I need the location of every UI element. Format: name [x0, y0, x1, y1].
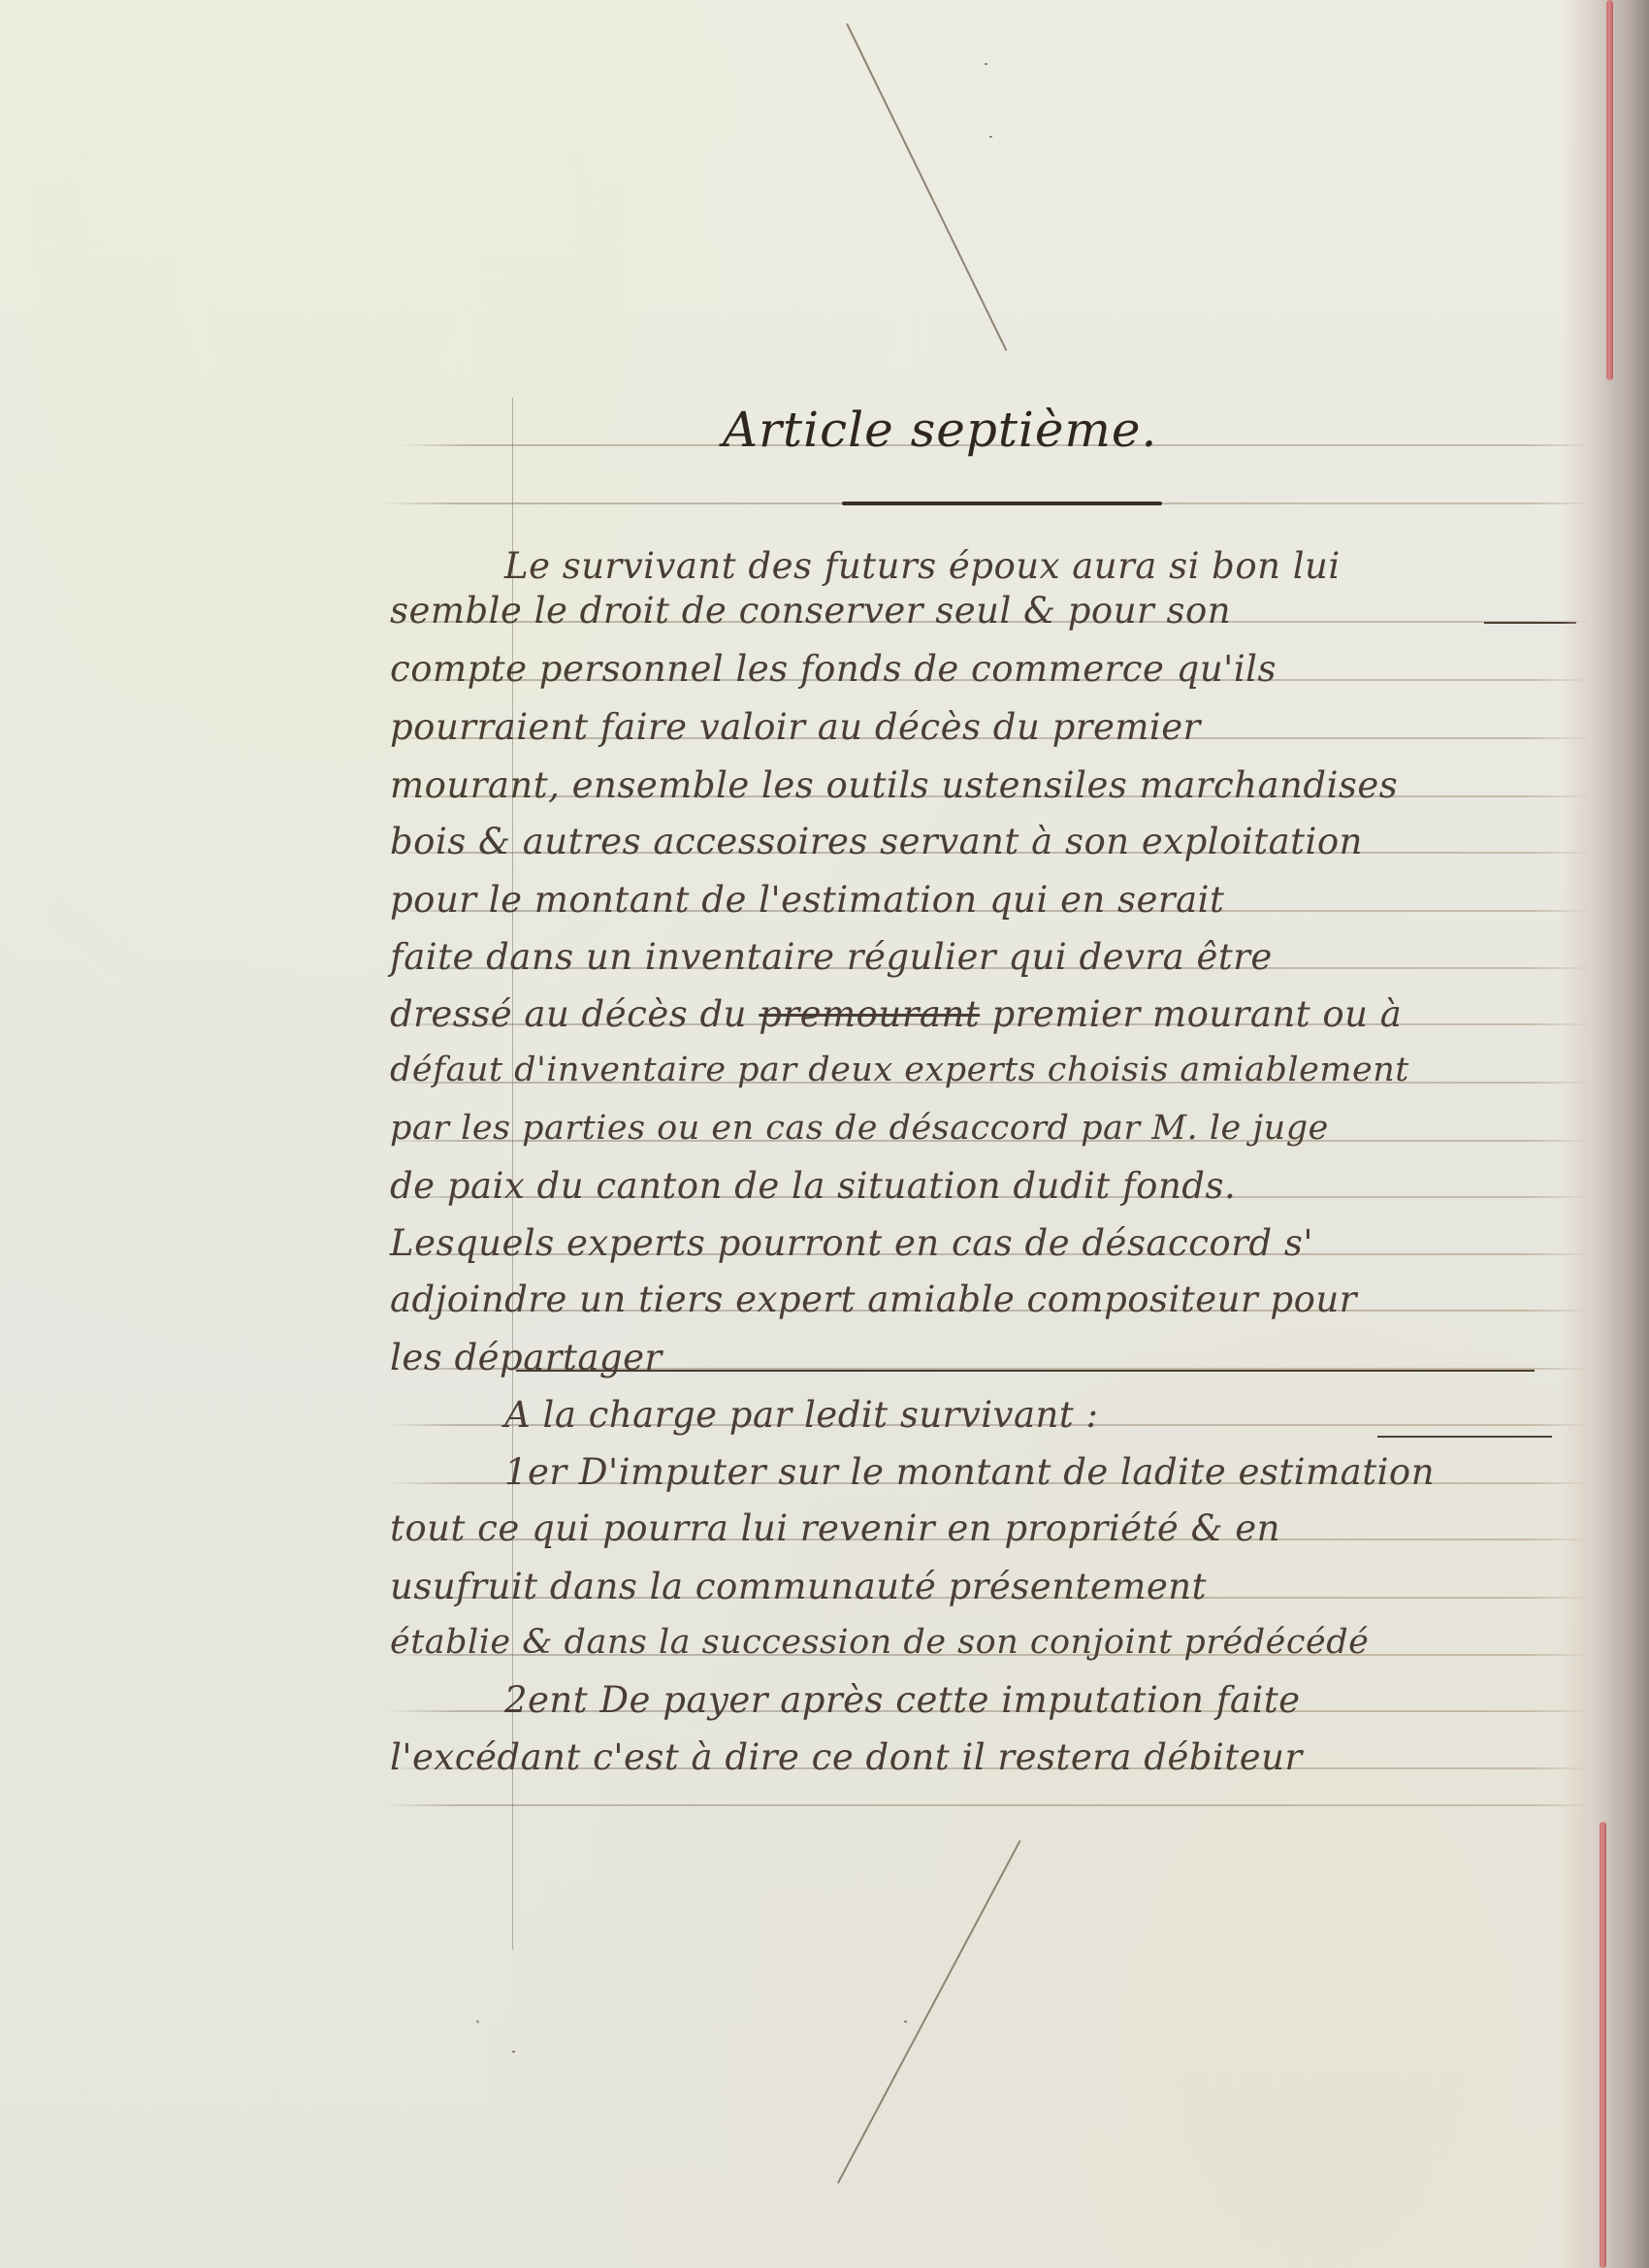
text-line: par les parties ou en cas de désaccord p…: [390, 1109, 1593, 1148]
diagonal-pencil-stroke-top: [847, 23, 1008, 351]
text-line: l'excédant c'est à dire ce dont il reste…: [390, 1736, 1593, 1778]
text-line: 1er D'imputer sur le montant de ladite e…: [504, 1451, 1649, 1493]
text-line: bois & autres accessoires servant à son …: [390, 821, 1593, 862]
text-line: adjoindre un tiers expert amiable compos…: [390, 1279, 1593, 1320]
text-line: défaut d'inventaire par deux experts cho…: [390, 1051, 1593, 1089]
paper-speck: [476, 2020, 479, 2024]
binding-shadow: [1560, 0, 1589, 2268]
binding-cord-top: [1606, 0, 1613, 380]
ruling-line: [386, 1804, 1599, 1806]
text-line: mourant, ensemble les outils ustensiles …: [390, 764, 1593, 806]
text-segment: premier mourant ou à: [980, 993, 1402, 1035]
text-line: établie & dans la succession de son conj…: [390, 1623, 1593, 1662]
text-line: tout ce qui pourra lui revenir en propri…: [390, 1507, 1593, 1549]
text-line: Le survivant des futurs époux aura si bo…: [504, 545, 1649, 587]
text-line: Lesquels experts pourront en cas de désa…: [390, 1222, 1593, 1264]
article-title: Article septième.: [723, 402, 1157, 458]
text-line: semble le droit de conserver seul & pour…: [390, 590, 1593, 632]
text-segment: dressé au décès du: [390, 993, 759, 1035]
binding-cord-bottom: [1600, 1822, 1606, 2268]
manuscript-page: Article septième. Le survivant des futur…: [0, 0, 1649, 2268]
text-line: de paix du canton de la situation dudit …: [390, 1165, 1593, 1207]
paper-speck: [904, 2021, 907, 2023]
line-filler-dash: [1377, 1436, 1552, 1438]
text-line: 2ent De payer après cette imputation fai…: [504, 1679, 1649, 1721]
text-line: dressé au décès du premourant premier mo…: [390, 993, 1593, 1035]
struck-word: premourant: [759, 993, 980, 1035]
line-filler-dash: [516, 1370, 1535, 1372]
paper-speck: [985, 63, 987, 65]
text-line: pourraient faire valoir au décès du prem…: [390, 706, 1593, 748]
title-underline: [842, 502, 1162, 505]
text-line: pour le montant de l'estimation qui en s…: [390, 879, 1593, 921]
text-line: compte personnel les fonds de commerce q…: [390, 648, 1593, 690]
text-line: usufruit dans la communauté présentement: [390, 1566, 1593, 1607]
text-line: A la charge par ledit survivant :: [504, 1394, 1649, 1436]
text-line: les départager: [390, 1337, 1593, 1378]
book-binding: [1589, 0, 1649, 2268]
paper-speck: [512, 2051, 515, 2053]
paper-speck: [989, 136, 992, 138]
text-line: faite dans un inventaire régulier qui de…: [390, 936, 1593, 978]
diagonal-pencil-stroke-bottom: [837, 1840, 1020, 2184]
